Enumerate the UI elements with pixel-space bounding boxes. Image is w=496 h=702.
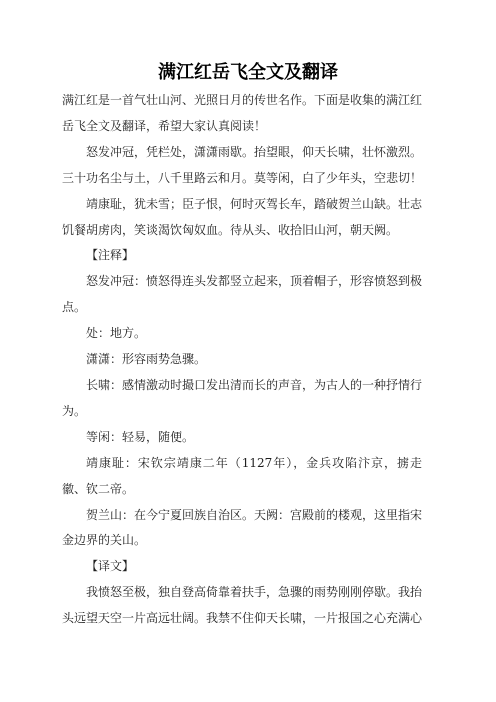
intro-paragraph: 满江红是一首气壮山河、光照日月的传世名作。下面是收集的满江红岳飞全文及翻译，希望… [62,88,422,140]
document-page: 满江红岳飞全文及翻译 满江红是一首气壮山河、光照日月的传世名作。下面是收集的满江… [0,0,496,702]
translation-paragraph: 我愤怒至极，独自登高倚靠着扶手，急骤的雨势刚刚停歇。我抬头远望天空一片高远壮阔。… [62,580,422,632]
document-title: 满江红岳飞全文及翻译 [0,62,496,84]
poem-stanza-1: 怒发冲冠，凭栏处，潇潇雨歇。抬望眼，仰天长啸，壮怀激烈。三十功名尘与土，八千里路… [62,140,422,192]
poem-stanza-2: 靖康耻，犹未雪；臣子恨，何时灭驾长车，踏破贺兰山缺。壮志饥餐胡虏肉，笑谈渴饮匈奴… [62,192,422,244]
note-item: 潇潇：形容雨势急骤。 [62,347,422,373]
note-item: 长啸：感情激动时撮口发出清而长的声音，为古人的一种抒情行为。 [62,373,422,425]
note-item: 处：地方。 [62,321,422,347]
note-item: 靖康耻：宋钦宗靖康二年（1127年），金兵攻陷汴京，掳走徽、钦二帝。 [62,451,422,503]
notes-heading: 【注释】 [62,243,422,269]
note-item: 等闲：轻易，随便。 [62,425,422,451]
note-item: 怒发冲冠：愤怒得连头发都竖立起来，顶着帽子，形容愤怒到极点。 [62,269,422,321]
document-body: 满江红是一首气壮山河、光照日月的传世名作。下面是收集的满江红岳飞全文及翻译，希望… [62,88,422,632]
note-item: 贺兰山：在今宁夏回族自治区。天阙：宫殿前的楼观，这里指宋金边界的关山。 [62,503,422,555]
translation-heading: 【译文】 [62,554,422,580]
